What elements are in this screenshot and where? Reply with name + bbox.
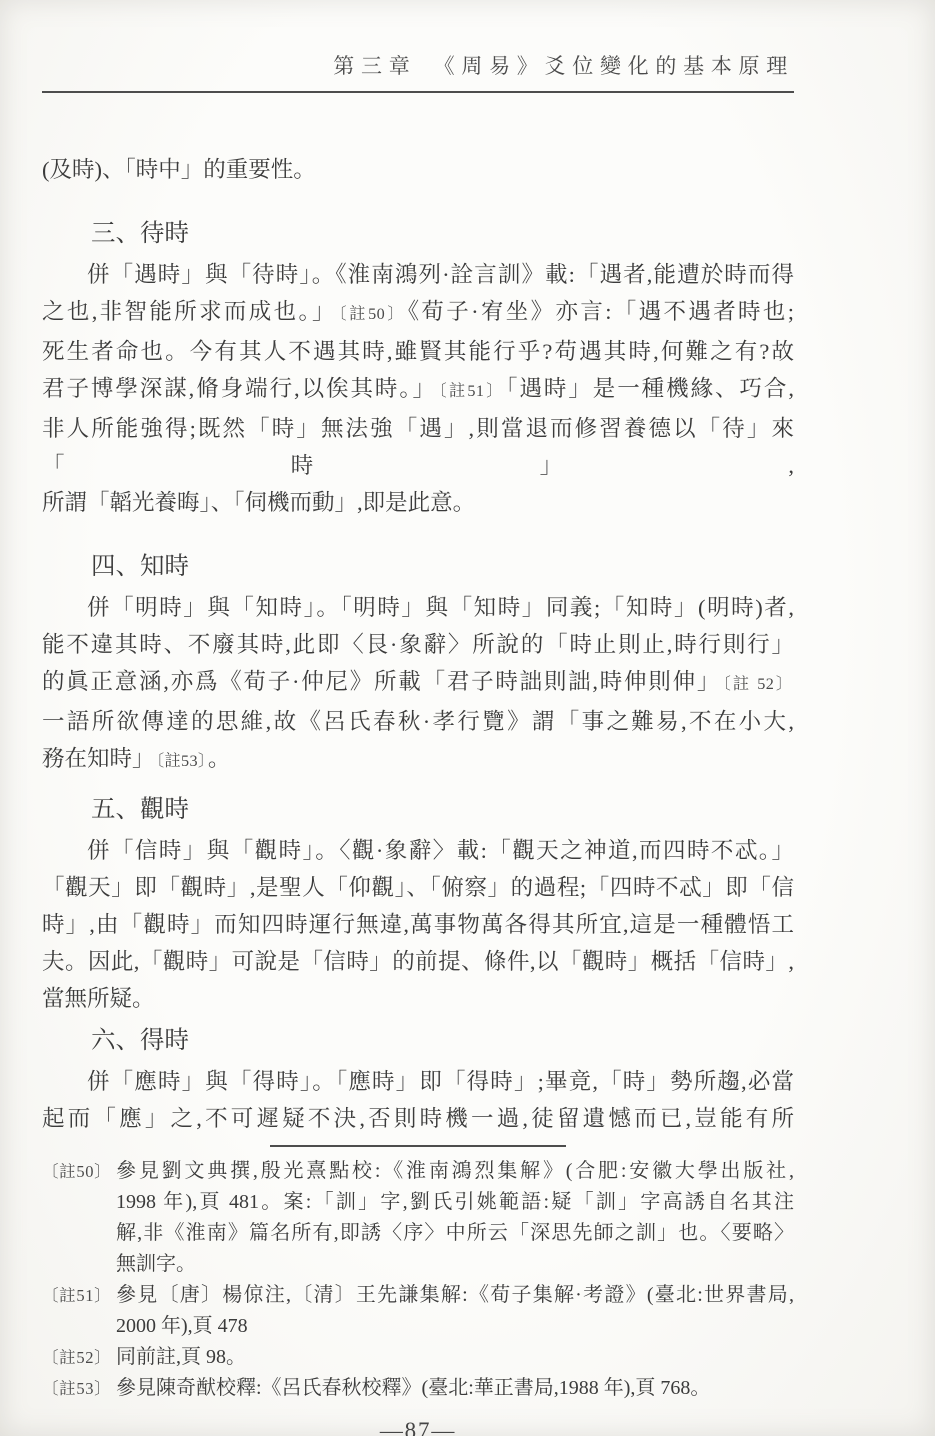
footnote-item: 〔註52〕 同前註,頁 98。 [42, 1342, 794, 1373]
page-number: —87— [42, 1418, 794, 1436]
footnote-marker: 〔註 52〕 [721, 675, 794, 693]
body-line: 併「明時」與「知時」。「明時」與「知時」同義;「知時」(明時)者, [42, 589, 794, 626]
footnote-marker: 〔註51〕 [437, 382, 506, 400]
footnotes-block: 〔註50〕 參見劉文典撰,殷光熹點校:《淮南鴻烈集解》(合肥:安徽大學出版社, … [42, 1156, 794, 1404]
body-line: 併「遇時」與「待時」。《淮南鴻列·詮言訓》載:「遇者,能遭於時而得 [42, 256, 794, 293]
footnote-separator-rule [270, 1145, 566, 1147]
footnote-text: 參見〔唐〕楊倞注,〔清〕王先謙集解:《荀子集解·考證》(臺北:世界書局, 200… [116, 1280, 794, 1342]
footnote-label: 〔註50〕 [42, 1156, 116, 1187]
body-line: 併「應時」與「得時」。「應時」即「得時」;畢竟,「時」勢所趨,必當 [42, 1063, 794, 1100]
section-heading: 六、得時 [42, 1021, 794, 1061]
header-rule [42, 91, 794, 93]
footnote-line: 參見〔唐〕楊倞注,〔清〕王先謙集解:《荀子集解·考證》(臺北:世界書局, [116, 1280, 794, 1311]
body-line: 併「信時」與「觀時」。〈觀·象辭〉載:「觀天之神道,而四時不忒。」 [42, 832, 794, 869]
body-line: 所謂「韜光養晦」、「伺機而動」,即是此意。 [42, 484, 794, 521]
footnote-item: 〔註50〕 參見劉文典撰,殷光熹點校:《淮南鴻烈集解》(合肥:安徽大學出版社, … [42, 1156, 794, 1280]
body-line: 君子博學深謀,脩身端行,以俟其時。」〔註51〕「遇時」是一種機緣、巧合, [42, 370, 794, 410]
footnote-line: 2000 年),頁 478 [116, 1311, 794, 1342]
running-header-title: 第三章 《周易》爻位變化的基本原理 [42, 52, 794, 80]
body-line: 能不違其時、不廢其時,此即〈艮·象辭〉所說的「時止則止,時行則行」 [42, 626, 794, 663]
page-header: 第三章 《周易》爻位變化的基本原理 [42, 0, 794, 93]
body-line: 死生者命也。今有其人不遇其時,雖賢其能行乎?苟遇其時,何難之有?故 [42, 333, 794, 370]
footnote-marker: 〔註50〕 [337, 305, 408, 323]
body-line: 起而「應」之,不可遲疑不決,否則時機一過,徒留遺憾而已,豈能有所 [42, 1100, 794, 1137]
body-line: 夫。因此,「觀時」可說是「信時」的前提、條件,以「觀時」概括「信時」, [42, 943, 794, 980]
footnote-text: 參見劉文典撰,殷光熹點校:《淮南鴻烈集解》(合肥:安徽大學出版社, 1998 年… [116, 1156, 794, 1280]
body-line: 之也,非智能所求而成也。」〔註50〕《荀子·宥坐》亦言:「遇不遇者時也; [42, 293, 794, 333]
footnote-text: 同前註,頁 98。 [116, 1342, 794, 1373]
footnote-line: 1998 年),頁 481。案:「訓」字,劉氏引姚範語:疑「訓」字高誘自名其注 [116, 1187, 794, 1218]
body-line: 時」,由「觀時」而知四時運行無違,萬事物萬各得其所宜,這是一種體悟工 [42, 906, 794, 943]
body-text: (及時)、「時中」的重要性。 三、待時 併「遇時」與「待時」。《淮南鴻列·詮言訓… [42, 151, 794, 1137]
footnote-line: 無訓字。 [116, 1249, 794, 1280]
section-heading: 四、知時 [42, 547, 794, 587]
book-page: 第三章 《周易》爻位變化的基本原理 (及時)、「時中」的重要性。 三、待時 併「… [0, 0, 935, 1436]
footnote-line: 解,非《淮南》篇名所有,即誘〈序〉中所云「深思先師之訓」也。〈要略〉 [116, 1218, 794, 1249]
section-heading: 五、觀時 [42, 790, 794, 830]
footnote-text: 參見陳奇猷校釋:《呂氏春秋校釋》(臺北:華正書局,1988 年),頁 768。 [116, 1373, 794, 1404]
body-line: 非人所能強得;既然「時」無法強「遇」,則當退而修習養德以「待」來「時」, [42, 410, 794, 484]
footnote-line: 參見劉文典撰,殷光熹點校:《淮南鴻烈集解》(合肥:安徽大學出版社, [116, 1156, 794, 1187]
section-heading: 三、待時 [42, 214, 794, 254]
footnote-label: 〔註52〕 [42, 1342, 116, 1373]
body-line: (及時)、「時中」的重要性。 [42, 151, 794, 188]
footnote-item: 〔註53〕 參見陳奇猷校釋:《呂氏春秋校釋》(臺北:華正書局,1988 年),頁… [42, 1373, 794, 1404]
footnote-item: 〔註51〕 參見〔唐〕楊倞注,〔清〕王先謙集解:《荀子集解·考證》(臺北:世界書… [42, 1280, 794, 1342]
footnote-label: 〔註53〕 [42, 1373, 116, 1404]
body-line: 當無所疑。 [42, 980, 794, 1017]
body-line: 「觀天」即「觀時」,是聖人「仰觀」、「俯察」的過程;「四時不忒」即「信 [42, 869, 794, 906]
footnote-label: 〔註51〕 [42, 1280, 116, 1311]
footnote-line: 同前註,頁 98。 [116, 1342, 794, 1373]
footnote-line: 參見陳奇猷校釋:《呂氏春秋校釋》(臺北:華正書局,1988 年),頁 768。 [116, 1373, 794, 1404]
body-line: 務在知時」〔註53〕。 [42, 740, 794, 780]
footnote-marker: 〔註53〕 [155, 752, 208, 770]
body-line: 的眞正意涵,亦爲《荀子·仲尼》所載「君子時詘則詘,時伸則伸」〔註 52〕 [42, 663, 794, 703]
body-line: 一語所欲傳達的思維,故《呂氏春秋·孝行覽》謂「事之難易,不在小大, [42, 703, 794, 740]
